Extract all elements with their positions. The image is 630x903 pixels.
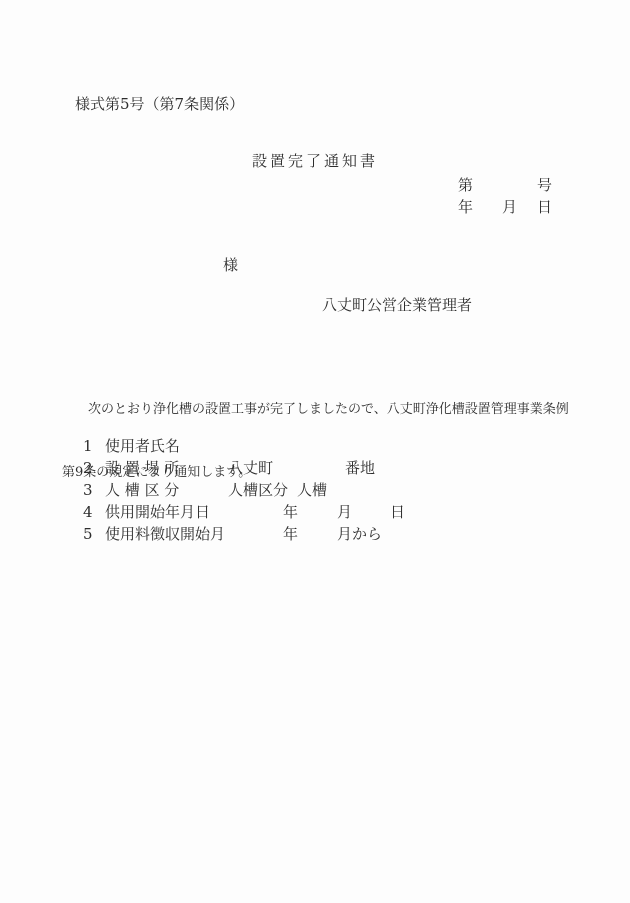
form-number-note: 様式第5号（第7条関係） bbox=[75, 95, 244, 113]
list-item-1: 1 使用者氏名 bbox=[0, 437, 630, 457]
item-4-year-label: 年 bbox=[283, 503, 298, 521]
item-3-category-label: 人槽区分 bbox=[228, 481, 288, 499]
list-item-4: 4 供用開始年月日 年 月 日 bbox=[0, 503, 630, 523]
sender-name: 八丈町公営企業管理者 bbox=[322, 296, 472, 314]
date-month-label: 月 bbox=[502, 198, 517, 216]
date-line: 年 月 日 bbox=[0, 198, 630, 218]
item-5-month-label: 月から bbox=[337, 525, 382, 543]
item-5-number: 5 bbox=[83, 525, 93, 543]
doc-number-suffix: 号 bbox=[537, 176, 552, 194]
list-item-5: 5 使用料徴収開始月 年 月から bbox=[0, 525, 630, 545]
item-2-label: 設 置 場 所 bbox=[105, 459, 179, 477]
doc-number-prefix: 第 bbox=[458, 176, 473, 194]
list-item-2: 2 設 置 場 所 八丈町 番地 bbox=[0, 459, 630, 479]
addressee-suffix: 様 bbox=[223, 256, 238, 274]
item-1-label: 使用者氏名 bbox=[105, 437, 180, 455]
item-5-year-label: 年 bbox=[283, 525, 298, 543]
item-3-unit-label: 人槽 bbox=[297, 481, 327, 499]
item-1-number: 1 bbox=[83, 437, 93, 455]
item-2-number: 2 bbox=[83, 459, 93, 477]
item-3-number: 3 bbox=[83, 481, 93, 499]
item-4-month-label: 月 bbox=[337, 503, 352, 521]
date-year-label: 年 bbox=[458, 198, 473, 216]
item-4-number: 4 bbox=[83, 503, 93, 521]
list-item-3: 3 人 槽 区 分 人槽区分 人槽 bbox=[0, 481, 630, 501]
date-day-label: 日 bbox=[537, 198, 552, 216]
item-5-label: 使用料徴収開始月 bbox=[105, 525, 225, 543]
document-title: 設置完了通知書 bbox=[0, 152, 630, 170]
item-3-label: 人 槽 区 分 bbox=[105, 481, 179, 499]
body-line-1: 次のとおり浄化槽の設置工事が完了しましたので、八丈町浄化槽設置管理事業条例 bbox=[62, 399, 574, 420]
item-2-place-suffix: 番地 bbox=[345, 459, 375, 477]
item-4-day-label: 日 bbox=[390, 503, 405, 521]
document-number-line: 第 号 bbox=[0, 176, 630, 196]
item-2-place-prefix: 八丈町 bbox=[228, 459, 273, 477]
document-page: 様式第5号（第7条関係） 設置完了通知書 第 号 年 月 日 様 八丈町公営企業… bbox=[0, 0, 630, 903]
item-4-label: 供用開始年月日 bbox=[105, 503, 210, 521]
